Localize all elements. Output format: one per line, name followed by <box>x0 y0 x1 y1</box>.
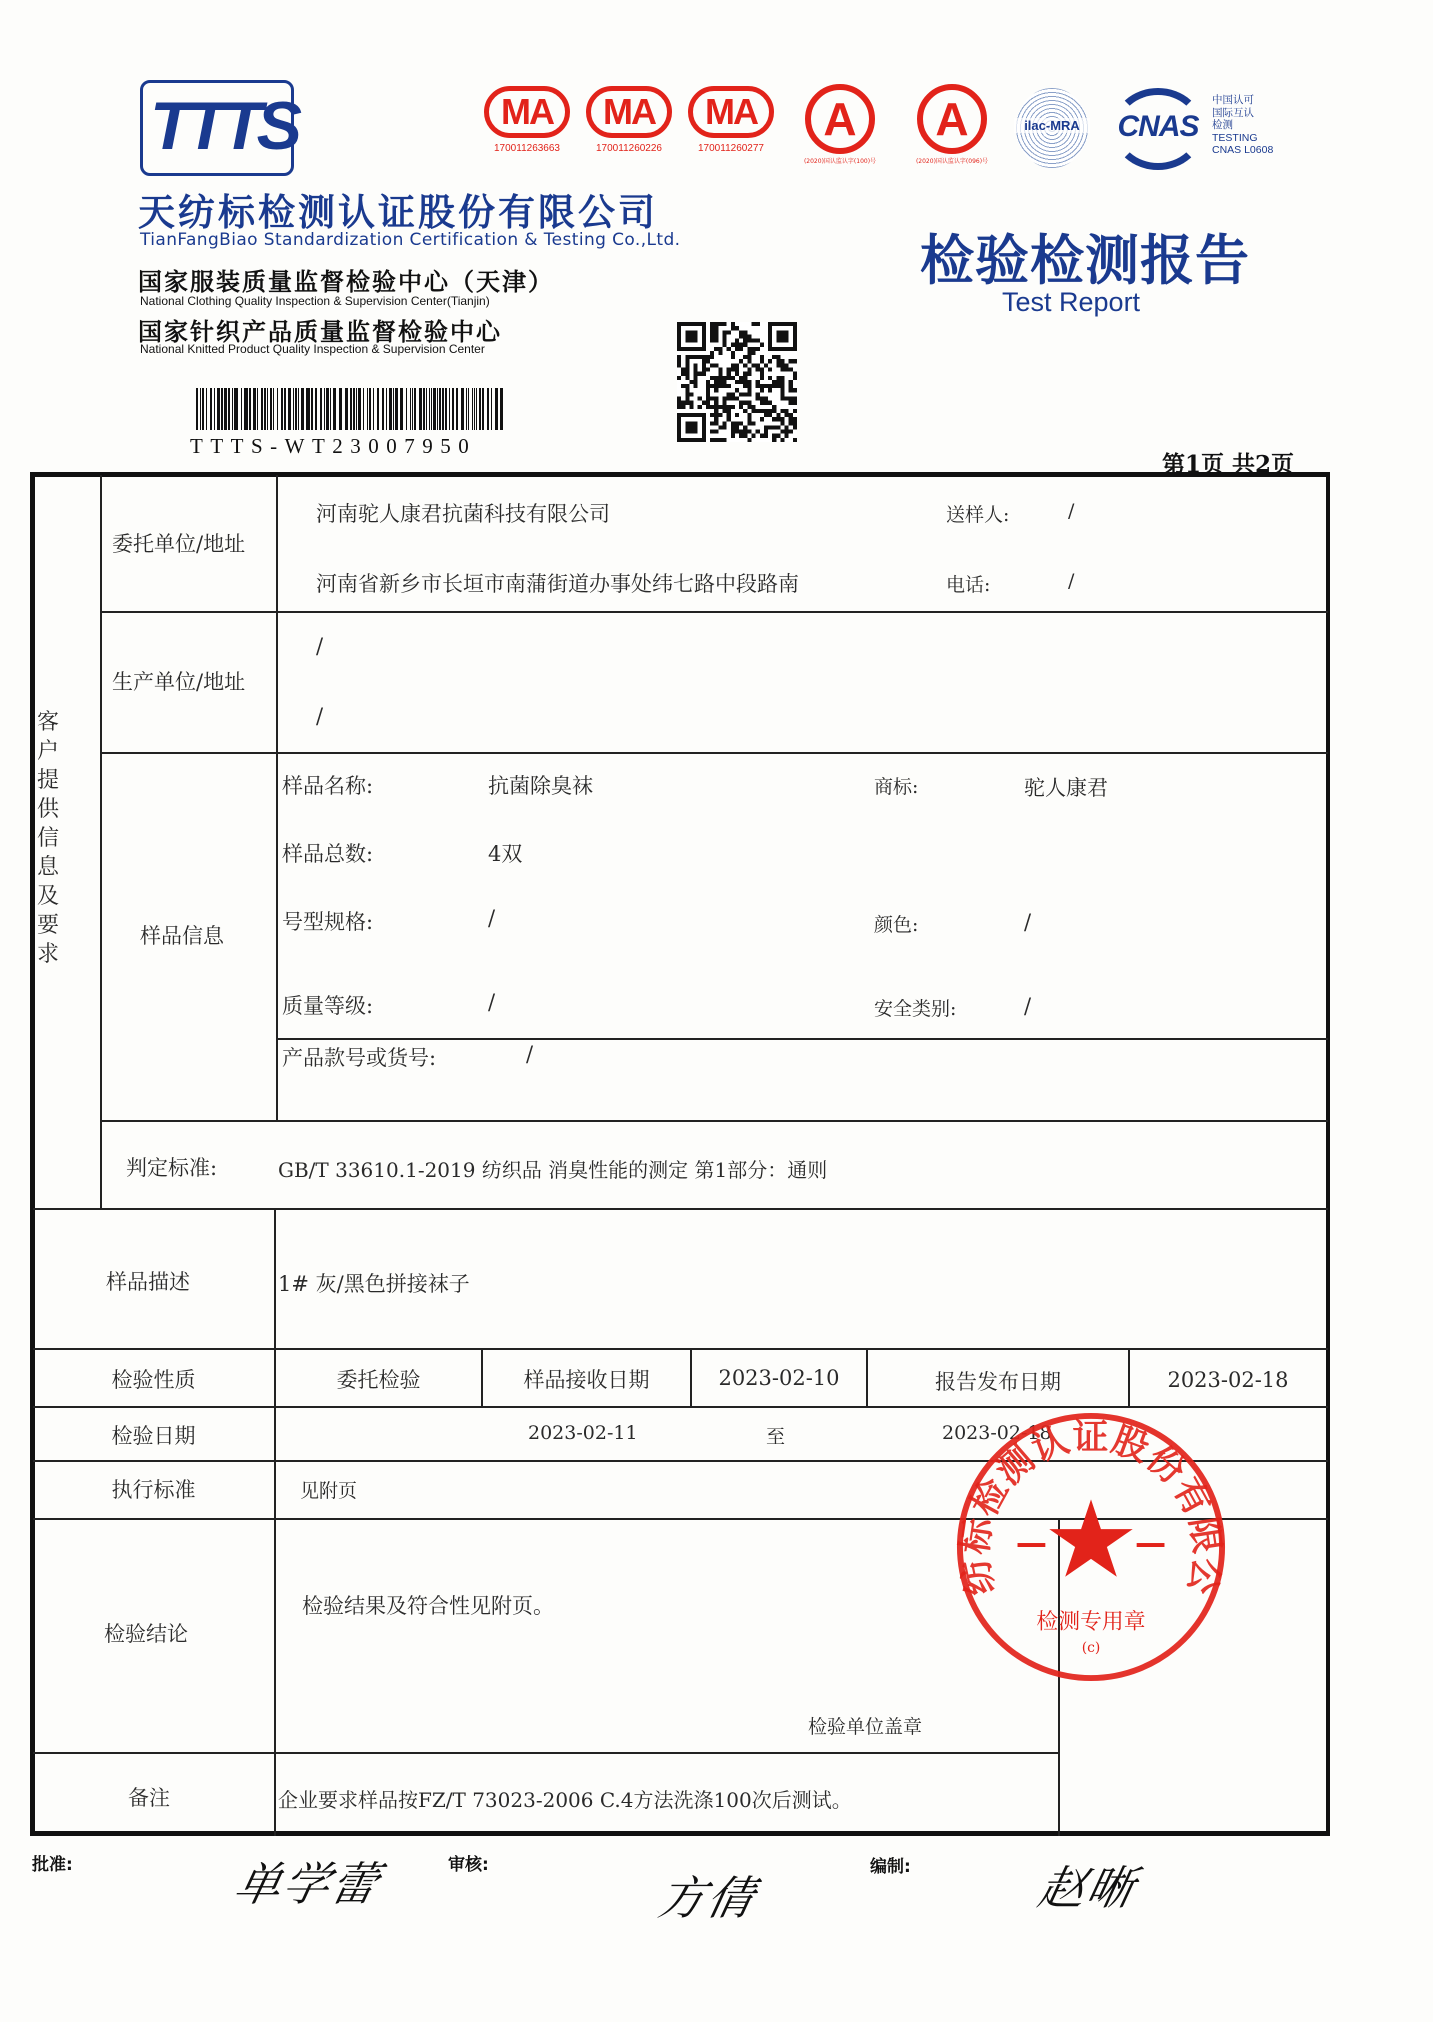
sample-count-value: 4双 <box>488 838 522 868</box>
divider <box>276 475 278 1120</box>
divider <box>100 1120 1328 1122</box>
divider <box>100 611 1328 613</box>
client-label: 委托单位/地址 <box>112 528 245 558</box>
standard-label: 执行标准 <box>33 1474 274 1504</box>
cma-mark-3: MA 170011260277 <box>688 86 774 154</box>
test-date-from: 2023-02-11 <box>528 1422 638 1444</box>
review-signature: 方倩 <box>653 1862 763 1928</box>
cnas-side-text: 中国认可 国际互认 检测 TESTING CNAS L0608 <box>1212 94 1273 157</box>
description-value: 1# 灰/黑色拼接袜子 <box>278 1268 470 1298</box>
brand-label: 商标: <box>874 772 918 799</box>
producer-address: / <box>316 704 323 728</box>
sender-label: 送样人: <box>946 500 1009 527</box>
standard-value: 见附页 <box>300 1476 357 1503</box>
test-date-to-label: 至 <box>766 1422 785 1449</box>
section-label-client: 客户提供信息及要求 <box>34 708 62 969</box>
cal-mark-1: A (2020)国认监认字(100)号 <box>790 84 890 165</box>
ilac-mra-label: ilac-MRA <box>1014 118 1090 133</box>
qr-code-icon <box>676 322 798 442</box>
cma-mark-1: MA 170011263663 <box>484 86 570 154</box>
compile-signature: 赵晰 <box>1033 1852 1143 1918</box>
color-label: 颜色: <box>874 910 918 937</box>
company-name-cn: 天纺标检测认证股份有限公司 <box>138 182 658 236</box>
phone-value: / <box>1068 570 1074 592</box>
issue-date-value: 2023-02-18 <box>1130 1368 1326 1392</box>
client-name: 河南驼人康君抗菌科技有限公司 <box>316 498 610 528</box>
conclusion-value: 检验结果及符合性见附页。 <box>302 1590 554 1620</box>
nature-value: 委托检验 <box>276 1364 481 1394</box>
report-title-cn: 检验检测报告 <box>920 218 1250 295</box>
description-label: 样品描述 <box>106 1266 190 1296</box>
barcode-icon <box>196 388 506 430</box>
safety-value: / <box>1024 994 1031 1018</box>
approve-label: 批准: <box>32 1850 73 1875</box>
style-label: 产品款号或货号: <box>282 1042 436 1072</box>
criterion-value: GB/T 33610.1-2019 纺织品 消臭性能的测定 第1部分：通则 <box>278 1154 827 1183</box>
divider <box>33 1208 1328 1210</box>
report-number: TTTS-WT23007950 <box>190 434 476 459</box>
cal-icon: A <box>917 84 987 154</box>
divider <box>274 1208 276 1836</box>
client-address: 河南省新乡市长垣市南蒲街道办事处纬七路中段路南 <box>316 568 799 598</box>
sample-count-label: 样品总数: <box>282 838 373 868</box>
company-seal-stamp: 天纺标检测认证股份有限公司 检测专用章 (c) <box>952 1408 1230 1686</box>
grade-label: 质量等级: <box>282 990 373 1020</box>
cma-mark-2: MA 170011260226 <box>586 86 672 154</box>
spec-label: 号型规格: <box>282 906 373 936</box>
review-label: 审核: <box>448 1850 489 1875</box>
style-value: / <box>526 1042 533 1066</box>
spec-value: / <box>488 906 495 930</box>
phone-label: 电话: <box>946 570 990 597</box>
divider <box>100 752 1328 754</box>
center1-name-cn: 国家服装质量监督检验中心（天津） <box>138 262 554 297</box>
divider <box>276 1038 1328 1040</box>
cma-icon: MA <box>586 86 672 138</box>
remarks-value: 企业要求样品按FZ/T 73023-2006 C.4方法洗涤100次后测试。 <box>278 1784 852 1813</box>
grade-value: / <box>488 990 495 1014</box>
approve-signature: 单学蕾 <box>229 1848 387 1914</box>
center1-name-en: National Clothing Quality Inspection & S… <box>140 294 490 308</box>
safety-label: 安全类别: <box>874 994 956 1021</box>
company-name-en: TianFangBiao Standardization Certificati… <box>140 230 680 250</box>
receive-date-label: 样品接收日期 <box>483 1364 690 1394</box>
report-title-en: Test Report <box>1002 287 1140 318</box>
ttts-logo: TTTS <box>150 86 280 166</box>
svg-text:检测专用章: 检测专用章 <box>1036 1609 1145 1634</box>
nature-label: 检验性质 <box>33 1364 274 1394</box>
divider <box>100 475 102 1208</box>
producer-label: 生产单位/地址 <box>112 666 245 696</box>
test-date-label: 检验日期 <box>33 1420 274 1450</box>
compile-label: 编制: <box>870 1852 911 1877</box>
divider <box>33 1752 1060 1754</box>
issue-date-label: 报告发布日期 <box>868 1366 1128 1396</box>
divider <box>33 1348 1328 1350</box>
cma-icon: MA <box>688 86 774 138</box>
conclusion-label: 检验结论 <box>104 1618 188 1648</box>
cal-icon: A <box>805 84 875 154</box>
seal-label: 检验单位盖章 <box>808 1712 922 1739</box>
cma-icon: MA <box>484 86 570 138</box>
remarks-label: 备注 <box>128 1782 170 1812</box>
cnas-logo: CNAS <box>1106 110 1210 144</box>
star-icon <box>1049 1499 1132 1576</box>
color-value: / <box>1024 910 1031 934</box>
cal-mark-2: A (2020)国认监认字(096)号 <box>902 84 1002 165</box>
svg-text:(c): (c) <box>1082 1640 1101 1656</box>
center2-name-en: National Knitted Product Quality Inspect… <box>140 342 485 356</box>
sample-name-label: 样品名称: <box>282 770 373 800</box>
brand-value: 驼人康君 <box>1024 772 1108 802</box>
sample-name-value: 抗菌除臭袜 <box>488 770 593 800</box>
sender-value: / <box>1068 500 1074 522</box>
receive-date-value: 2023-02-10 <box>692 1366 866 1390</box>
sample-info-label: 样品信息 <box>140 920 224 950</box>
criterion-label: 判定标准: <box>126 1152 217 1182</box>
producer-name: / <box>316 634 323 658</box>
